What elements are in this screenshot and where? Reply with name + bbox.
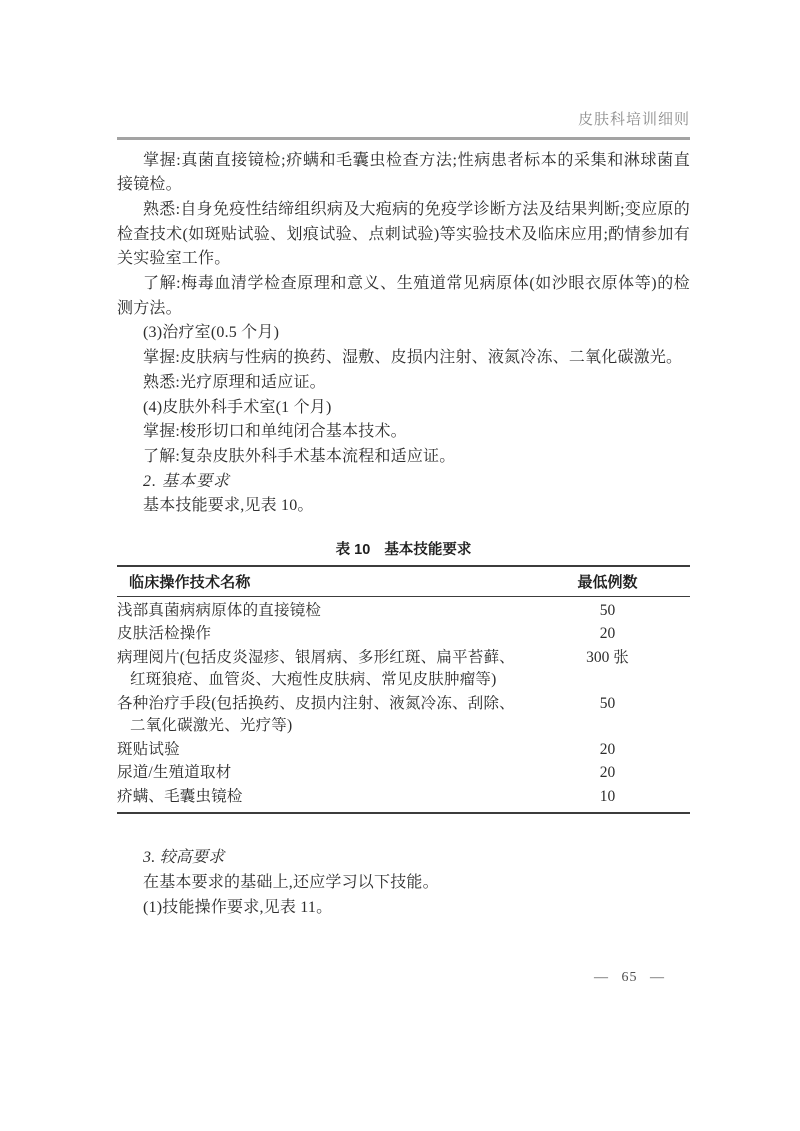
table-row: 疥螨、毛囊虫镜检 10 — [117, 785, 690, 809]
cell-count: 50 — [525, 693, 690, 716]
table-header-row: 临床操作技术名称 最低例数 — [117, 567, 690, 597]
cell-count: 50 — [525, 600, 690, 623]
table-row: 浅部真菌病病原体的直接镜检 50 — [117, 599, 690, 623]
table-block: 表 10基本技能要求 临床操作技术名称 最低例数 浅部真菌病病原体的直接镜检 5… — [117, 540, 690, 814]
table-row: 皮肤活检操作 20 — [117, 623, 690, 647]
table-row: 各种治疗手段(包括换药、皮损内注射、液氮冷冻、刮除、二氧化碳激光、光疗等) 50 — [117, 692, 690, 738]
table-row: 斑贴试验 20 — [117, 738, 690, 762]
body-paragraph: 熟悉:光疗原理和适应证。 — [117, 371, 690, 396]
cell-name: 斑贴试验 — [117, 739, 525, 762]
table-caption: 表 10基本技能要求 — [117, 540, 690, 560]
cell-name: 皮肤活检操作 — [117, 623, 525, 646]
table-caption-label: 表 10 — [336, 542, 371, 558]
skills-table: 临床操作技术名称 最低例数 浅部真菌病病原体的直接镜检 50 皮肤活检操作 20… — [117, 565, 690, 814]
running-header: 皮肤科培训细则 — [117, 111, 690, 130]
header-rule — [117, 137, 690, 140]
page-number-footer: — 65 — — [594, 970, 665, 986]
cell-name: 各种治疗手段(包括换药、皮损内注射、液氮冷冻、刮除、二氧化碳激光、光疗等) — [117, 693, 525, 738]
body-paragraph: 掌握:真菌直接镜检;疥螨和毛囊虫检查方法;性病患者标本的采集和淋球菌直接镜检。 — [117, 149, 690, 198]
body-paragraph: (4)皮肤外科手术室(1 个月) — [117, 396, 690, 421]
column-header-name: 临床操作技术名称 — [117, 571, 525, 592]
cell-count: 20 — [525, 623, 690, 646]
body-paragraph: (1)技能操作要求,见表 11。 — [117, 895, 690, 920]
section-heading: 3. 较高要求 — [117, 845, 690, 870]
body-paragraph: (3)治疗室(0.5 个月) — [117, 321, 690, 346]
cell-count: 20 — [525, 739, 690, 762]
body-paragraph: 掌握:皮肤病与性病的换药、湿敷、皮损内注射、液氮冷冻、二氧化碳激光。 — [117, 346, 690, 371]
cell-count: 300 张 — [525, 647, 690, 670]
table-caption-title: 基本技能要求 — [384, 542, 471, 558]
body-paragraph: 基本技能要求,见表 10。 — [117, 494, 690, 519]
section-heading: 2. 基本要求 — [117, 470, 690, 495]
body-paragraph: 了解:复杂皮肤外科手术基本流程和适应证。 — [117, 445, 690, 470]
cell-name: 浅部真菌病病原体的直接镜检 — [117, 600, 525, 623]
body-paragraph: 熟悉:自身免疫性结缔组织病及大疱病的免疫学诊断方法及结果判断;变应原的检查技术(… — [117, 198, 690, 272]
cell-name: 病理阅片(包括皮炎湿疹、银屑病、多形红斑、扁平苔藓、红斑狼疮、血管炎、大疱性皮肤… — [117, 647, 525, 692]
after-table-section: 3. 较高要求 在基本要求的基础上,还应学习以下技能。 (1)技能操作要求,见表… — [117, 845, 690, 920]
cell-name: 疥螨、毛囊虫镜检 — [117, 786, 525, 809]
table-row: 尿道/生殖道取材 20 — [117, 762, 690, 786]
cell-name: 尿道/生殖道取材 — [117, 762, 525, 785]
page-content: 皮肤科培训细则 掌握:真菌直接镜检;疥螨和毛囊虫检查方法;性病患者标本的采集和淋… — [117, 0, 690, 920]
body-text: 掌握:真菌直接镜检;疥螨和毛囊虫检查方法;性病患者标本的采集和淋球菌直接镜检。 … — [117, 149, 690, 520]
body-paragraph: 掌握:梭形切口和单纯闭合基本技术。 — [117, 420, 690, 445]
table-row: 病理阅片(包括皮炎湿疹、银屑病、多形红斑、扁平苔藓、红斑狼疮、血管炎、大疱性皮肤… — [117, 646, 690, 692]
body-paragraph: 了解:梅毒血清学检查原理和意义、生殖道常见病原体(如沙眼衣原体等)的检测方法。 — [117, 272, 690, 321]
cell-count: 10 — [525, 786, 690, 809]
body-paragraph: 在基本要求的基础上,还应学习以下技能。 — [117, 870, 690, 895]
table-body: 浅部真菌病病原体的直接镜检 50 皮肤活检操作 20 病理阅片(包括皮炎湿疹、银… — [117, 597, 690, 812]
column-header-count: 最低例数 — [525, 571, 690, 592]
document-page: 皮肤科培训细则 掌握:真菌直接镜检;疥螨和毛囊虫检查方法;性病患者标本的采集和淋… — [0, 0, 800, 1131]
cell-count: 20 — [525, 762, 690, 785]
